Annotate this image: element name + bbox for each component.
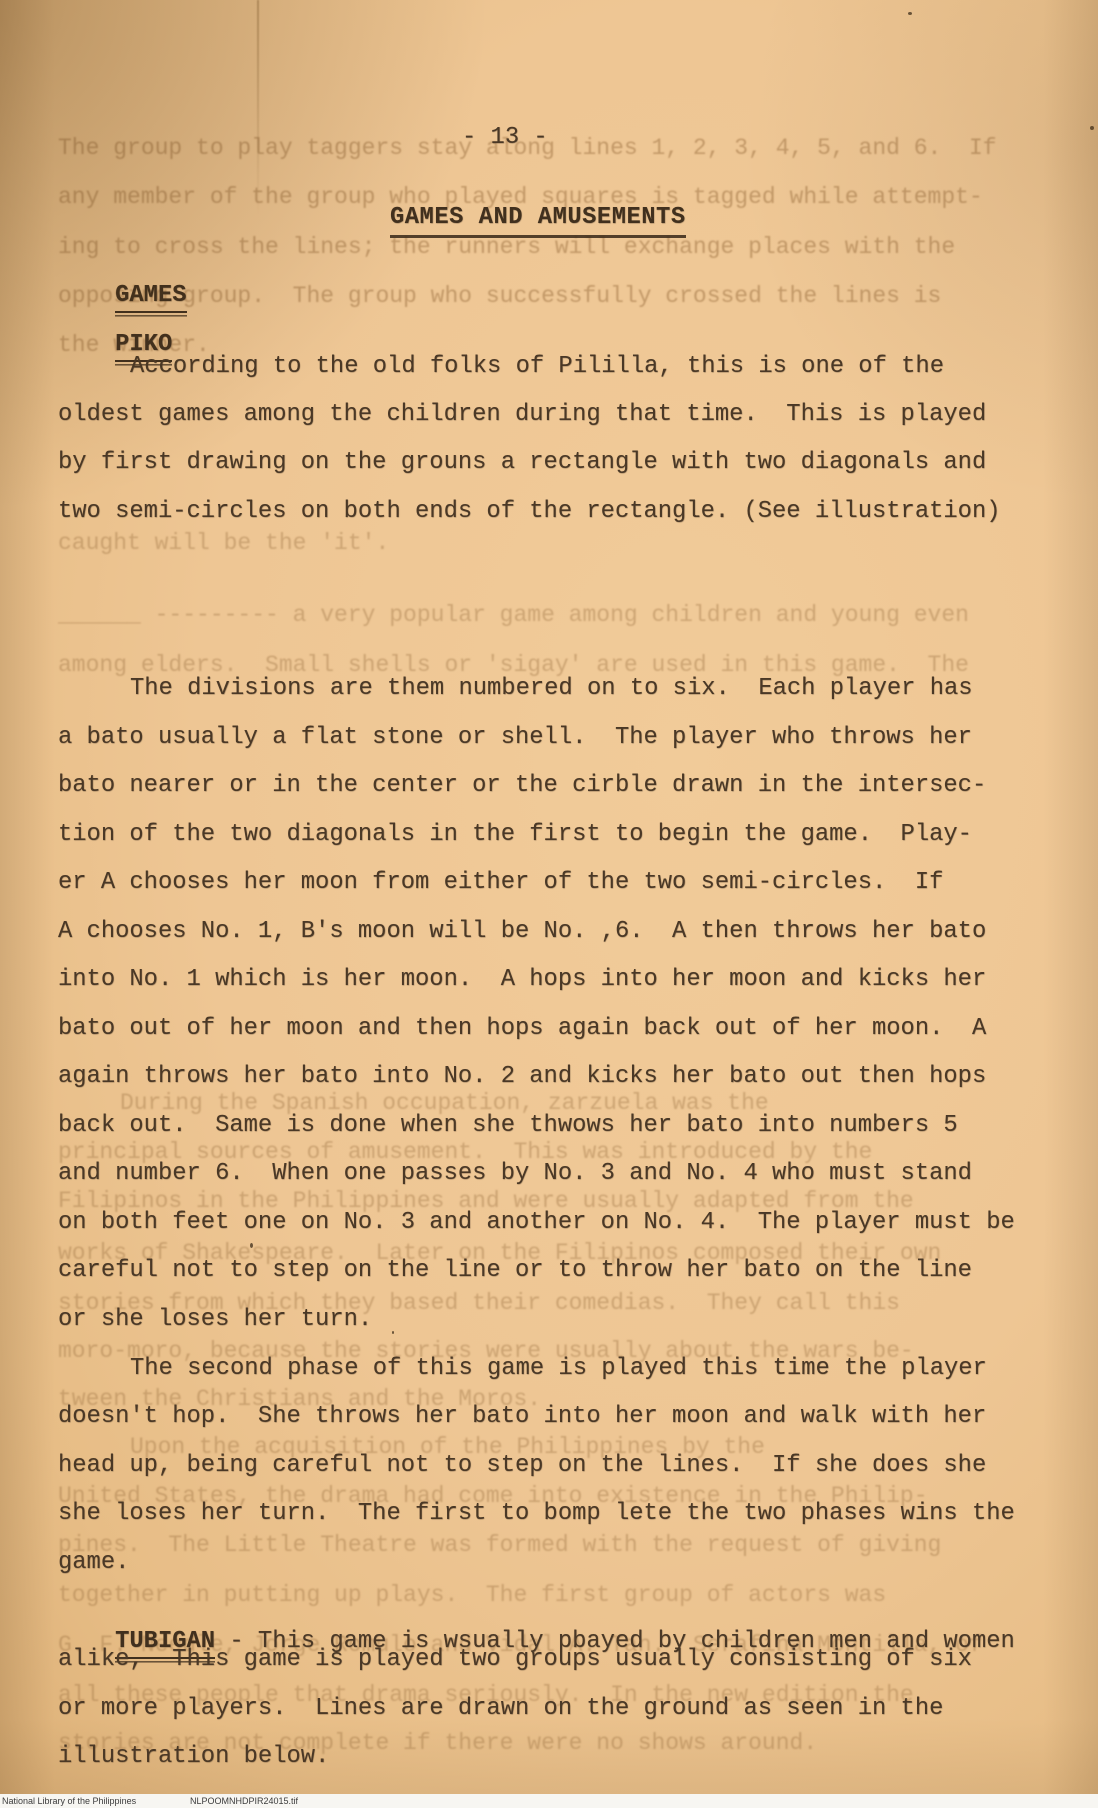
bleedthrough-line: ______ --------- a very popular game amo… — [58, 600, 969, 630]
footer-filename-label: NLPOOMNHDPIR24015.tif — [190, 1794, 298, 1808]
typed-line: back out. Same is done when she thwows h… — [58, 1111, 958, 1141]
paper-speck — [908, 12, 912, 15]
typed-line: bato nearer or in the center or the cirb… — [58, 771, 986, 801]
typed-line: on both feet one on No. 3 and another on… — [58, 1208, 1015, 1238]
scan-footer: National Library of the Philippines NLPO… — [0, 1794, 1098, 1808]
typed-line: she loses her turn. The first to bomp le… — [58, 1499, 1015, 1529]
typed-line: The divisions are them numbered on to si… — [58, 674, 973, 704]
typed-line: again throws her bato into No. 2 and kic… — [58, 1062, 986, 1092]
bleedthrough-line: caught will be the 'it'. — [58, 528, 389, 558]
bleedthrough-line: opposing group. The group who successful… — [58, 281, 941, 311]
typed-line: or more players. Lines are drawn on the … — [58, 1694, 943, 1724]
paper-speck — [1090, 126, 1094, 130]
typed-line: two semi-circles on both ends of the rec… — [58, 497, 1001, 527]
page-title: GAMES AND AMUSEMENTS — [390, 203, 686, 238]
paper-speck — [250, 1243, 253, 1248]
footer-library-label: National Library of the Philippines — [2, 1794, 136, 1808]
typed-line: tion of the two diagonals in the first t… — [58, 820, 972, 850]
typed-line: head up, being careful not to step on th… — [58, 1451, 986, 1481]
typed-line: According to the old folks of Pililla, t… — [58, 352, 944, 382]
typed-line: A chooses No. 1, B's moon will be No. ,6… — [58, 917, 986, 947]
typed-line: alike, This game is played two groups us… — [58, 1645, 972, 1675]
typed-line: The second phase of this game is played … — [58, 1354, 987, 1384]
typed-line: careful not to step on the line or to th… — [58, 1256, 972, 1286]
typed-line: er A chooses her moon from either of the… — [58, 868, 943, 898]
typed-line: oldest games among the children during t… — [58, 400, 986, 430]
typed-line: or she loses her turn. — [58, 1305, 372, 1335]
typed-line: by first drawing on the grouns a rectang… — [58, 448, 986, 478]
typed-line: and number 6. When one passes by No. 3 a… — [58, 1159, 972, 1189]
typed-line: game. — [58, 1548, 129, 1578]
page-number: - 13 - — [462, 123, 548, 153]
bleedthrough-line: pines. The Little Theatre was formed wit… — [58, 1530, 941, 1560]
typed-line: a bato usually a flat stone or shell. Th… — [58, 723, 972, 753]
document-page: The group to play taggers stay along lin… — [0, 0, 1098, 1808]
paper-speck — [392, 1331, 394, 1334]
typed-line: doesn't hop. She throws her bato into he… — [58, 1402, 986, 1432]
typed-line: bato out of her moon and then hops again… — [58, 1014, 986, 1044]
typed-line: illustration below. — [58, 1742, 329, 1772]
paper-crease — [257, 0, 259, 215]
typed-line: into No. 1 which is her moon. A hops int… — [58, 965, 986, 995]
